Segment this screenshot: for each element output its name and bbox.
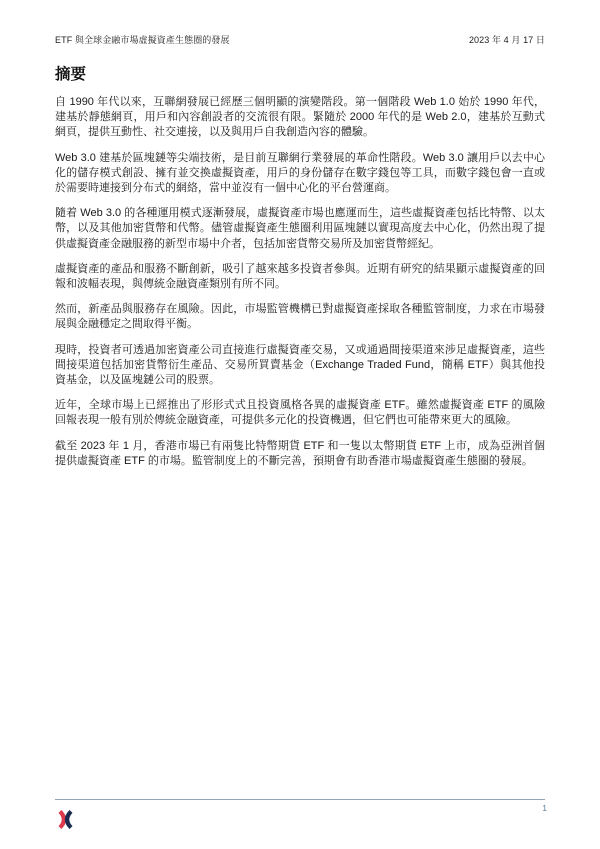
- section-title: 摘要: [55, 62, 86, 84]
- page-number: 1: [542, 803, 547, 813]
- running-title: ETF 與全球金融市場虛擬資產生態圈的發展: [55, 33, 230, 46]
- paragraph-2: Web 3.0 建基於區塊鏈等尖端技術，是目前互聯網行業發展的革命性階段。Web…: [55, 151, 545, 197]
- footer-divider: [55, 799, 545, 800]
- paragraph-5: 然而，新產品與服務存在風險。因此，市場監管機構已對虛擬資產採取各種監管制度，力求…: [55, 302, 545, 332]
- header-date: 2023 年 4 月 17 日: [469, 33, 545, 46]
- paragraph-7: 近年，全球市場上已經推出了形形式式且投資風格各異的虛擬資產 ETF。雖然虛擬資產…: [55, 398, 545, 428]
- paragraph-3: 隨着 Web 3.0 的各種運用模式逐漸發展，虛擬資產市場也應運而生，這些虛擬資…: [55, 206, 545, 252]
- paragraph-6: 現時，投資者可透過加密資產公司直接進行虛擬資產交易，又或通過間接渠道來涉足虛擬資…: [55, 343, 545, 389]
- paragraph-1: 自 1990 年代以來，互聯網發展已經歷三個明顯的演變階段。第一個階段 Web …: [55, 95, 545, 141]
- page-header: ETF 與全球金融市場虛擬資產生態圈的發展 2023 年 4 月 17 日: [55, 33, 545, 46]
- hkex-logo-icon: [56, 810, 75, 829]
- paragraph-8: 截至 2023 年 1 月，香港市場已有兩隻比特幣期貨 ETF 和一隻以太幣期貨…: [55, 439, 545, 469]
- paragraph-4: 虛擬資產的產品和服務不斷創新，吸引了越來越多投資者參與。近期有研究的結果顯示虛擬…: [55, 262, 545, 292]
- summary-body: 自 1990 年代以來，互聯網發展已經歷三個明顯的演變階段。第一個階段 Web …: [55, 95, 545, 479]
- document-page: { "page": { "header": { "doc_title": "ET…: [0, 0, 600, 849]
